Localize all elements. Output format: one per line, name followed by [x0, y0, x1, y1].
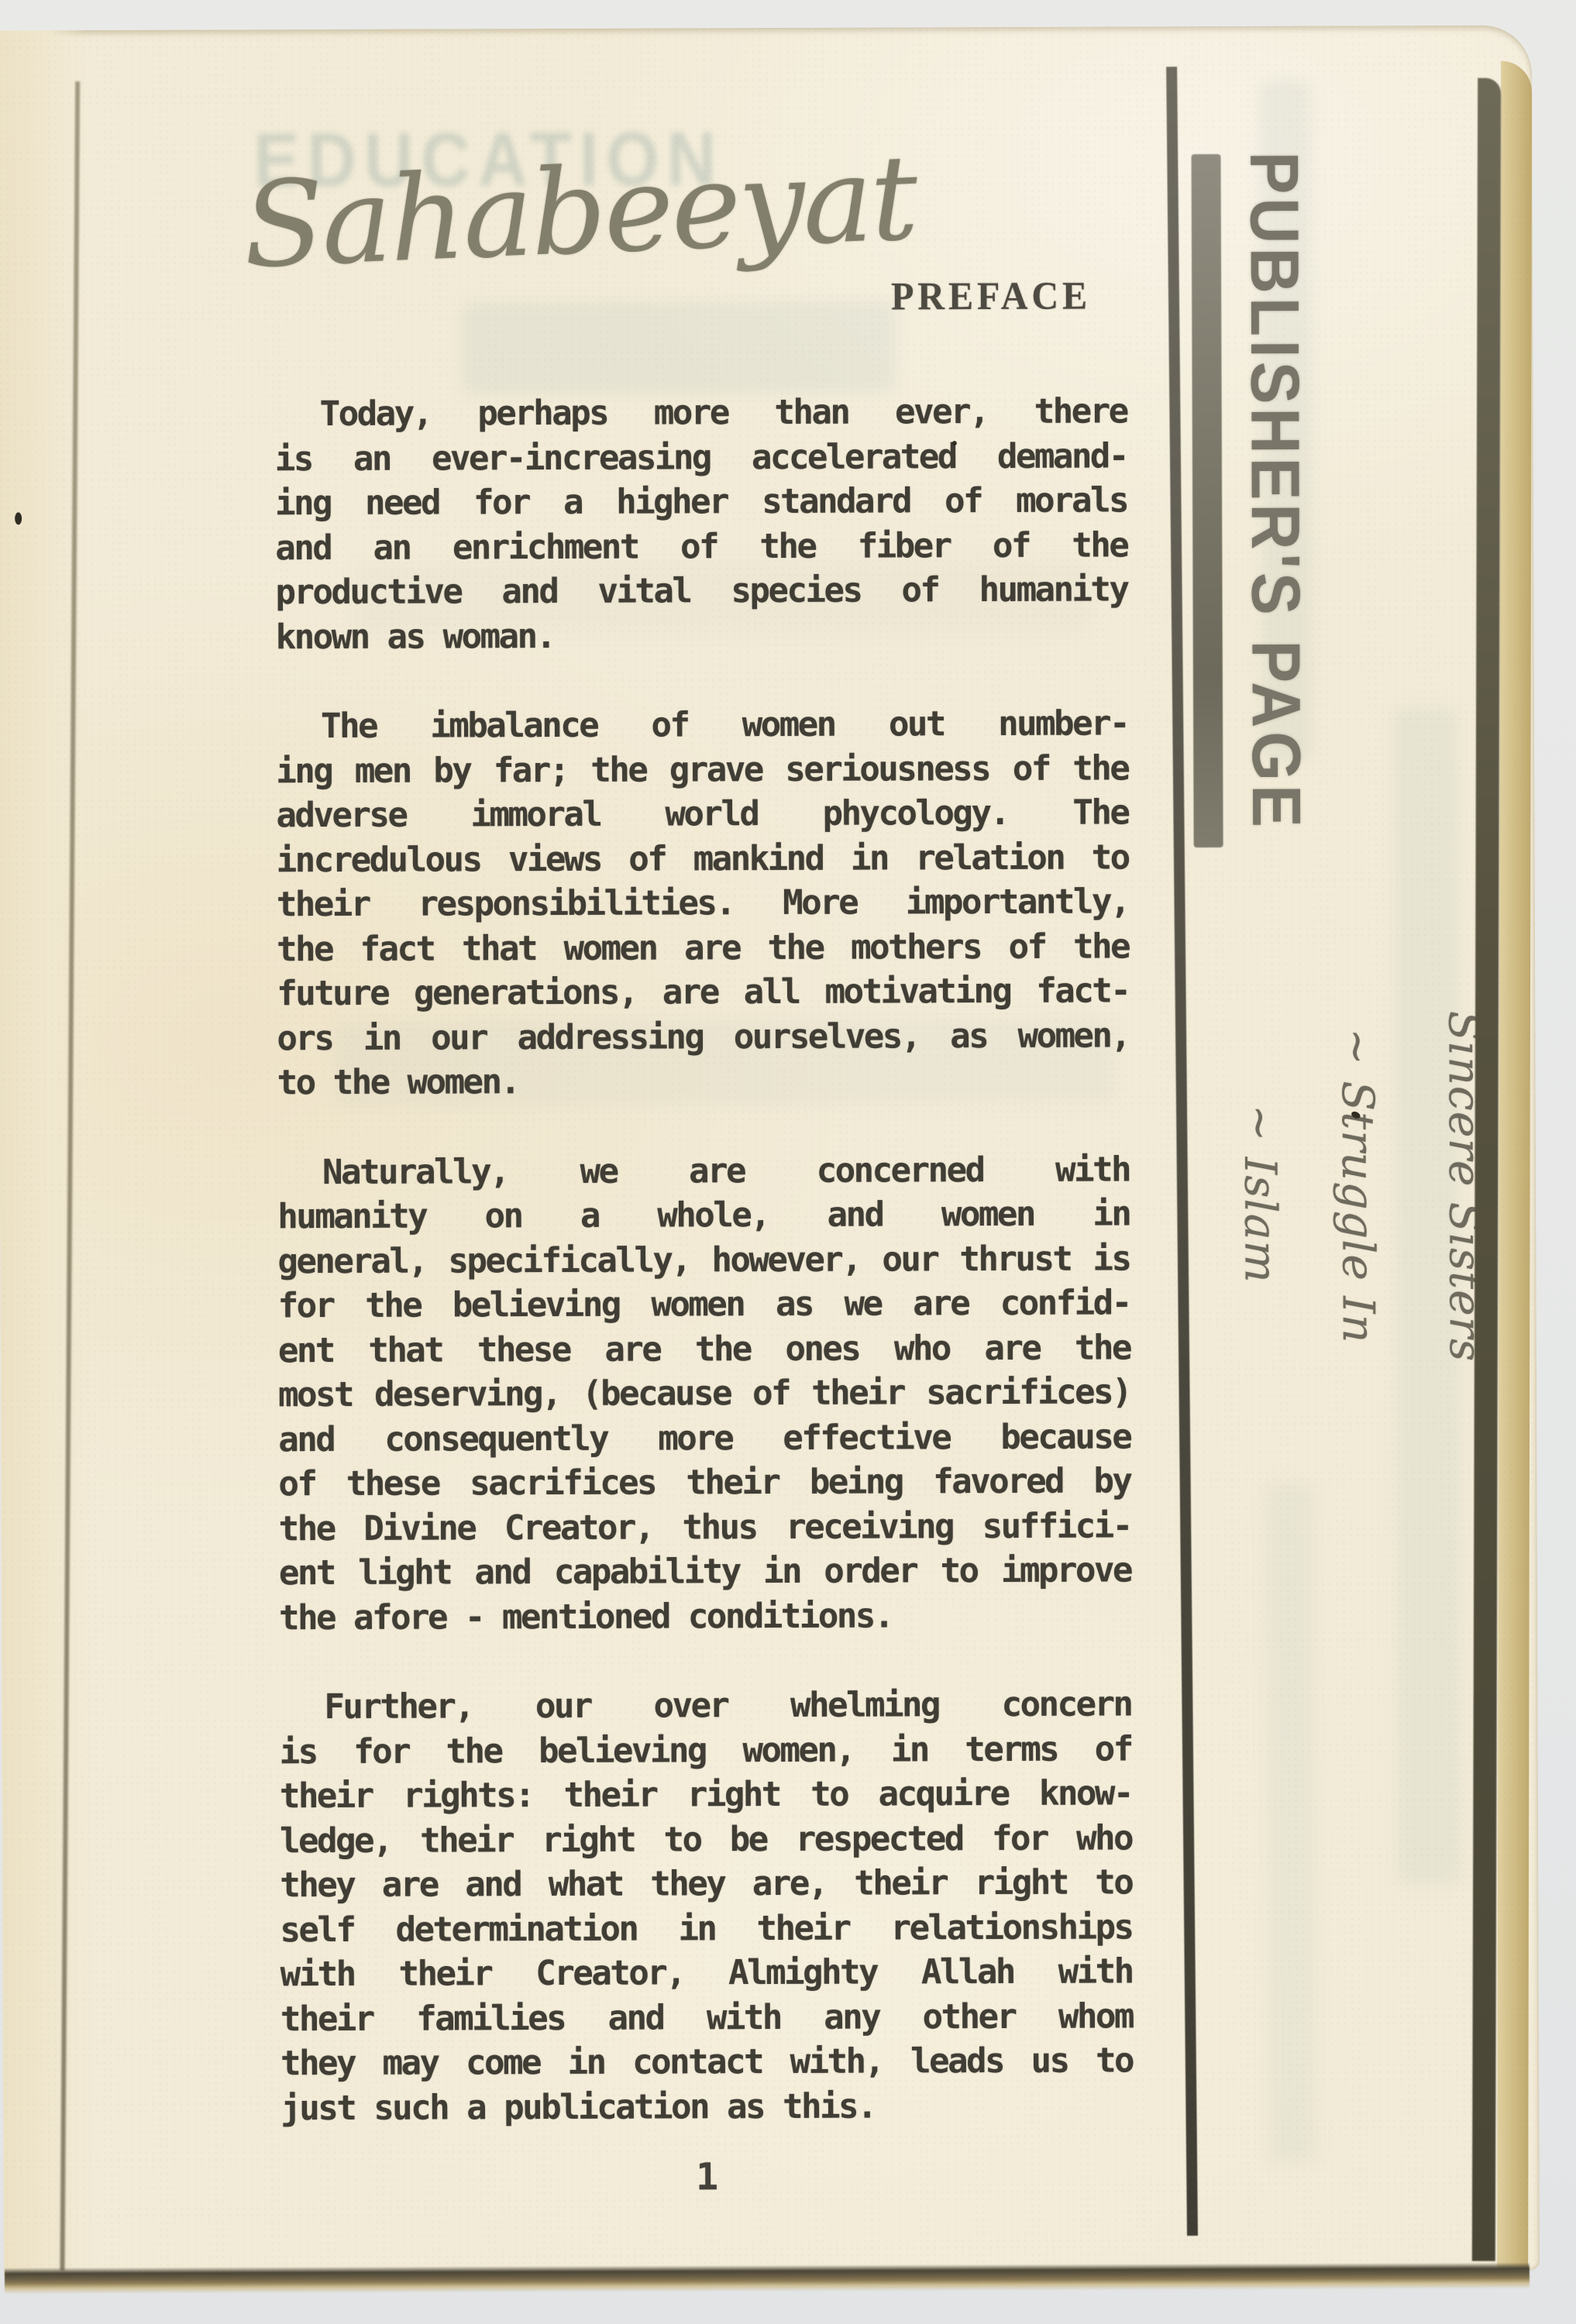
text-line: self determination in their relationship…: [280, 1905, 1132, 1952]
vertical-script-line-2: ~ Struggle In: [1321, 1028, 1393, 1343]
text-line: most deserving, (because of their sacrif…: [278, 1370, 1130, 1417]
dust-speck: [952, 441, 957, 445]
text-line: The imbalance of women out number-: [276, 701, 1128, 748]
text-line: humanity on a whole, and women in: [277, 1191, 1130, 1239]
book-bottom-page-stack-edge: [5, 2263, 1530, 2295]
magazine-title: Sahabeeyat: [240, 129, 918, 294]
text-line: ors in our addressing ourselves, as wome…: [277, 1013, 1129, 1061]
page-edge-tan-strip: [1497, 61, 1532, 2271]
paragraph: Further, our over whelming concernis for…: [279, 1682, 1133, 2130]
text-line: productive and vital species of humanity: [275, 567, 1127, 614]
text-line: just such a publication as this.: [280, 2083, 1133, 2130]
text-line: with their Creator, Almighty Allah with: [280, 1949, 1133, 1996]
text-line: adverse immoral world phycology. The: [276, 790, 1128, 837]
text-line: ing need for a higher standard of morals: [275, 478, 1127, 525]
paragraph: Today, perhaps more than ever, thereis a…: [275, 389, 1128, 659]
text-line: the fact that women are the mothers of t…: [277, 924, 1129, 971]
text-line: is for the believing women, in terms of: [280, 1727, 1132, 1774]
text-line: and consequently more effective because: [278, 1415, 1130, 1462]
text-line: incredulous views of mankind in relation…: [277, 835, 1129, 882]
showthrough-ghost-blob: [1266, 1483, 1316, 2164]
text-line: their responsibilities. More importantly…: [277, 879, 1129, 927]
page-right-edge-band: [1472, 78, 1501, 2261]
page-gutter-shading: [0, 30, 95, 2275]
book-page: EDUCATION Sahabeeyat PREFACE Today, perh…: [0, 26, 1540, 2276]
text-line: to the women.: [277, 1057, 1130, 1105]
heading-accent-bar: [1192, 154, 1223, 847]
text-line: future generations, are all motivating f…: [277, 968, 1129, 1016]
text-line: Further, our over whelming concern: [279, 1682, 1131, 1729]
publishers-page-heading: PUBLISHER'S PAGE: [1230, 152, 1319, 831]
text-line: known as woman.: [276, 612, 1128, 659]
section-heading: PREFACE: [834, 273, 1091, 319]
text-line: of these sacrifices their being favored …: [278, 1459, 1130, 1506]
showthrough-ghost-blob: [462, 300, 896, 394]
vertical-script-line-3: ~ Islam: [1224, 1105, 1296, 1284]
text-line: ent light and capability in order to imp…: [279, 1548, 1131, 1595]
text-line: they are and what they are, their right …: [280, 1860, 1132, 1907]
text-line: the afore - mentioned conditions.: [279, 1593, 1131, 1640]
text-line: ent that these are the ones who are the: [278, 1325, 1130, 1373]
text-line: they may come in contact with, leads us …: [280, 2038, 1133, 2085]
preface-body-text: Today, perhaps more than ever, thereis a…: [275, 389, 1134, 2175]
text-line: is an ever-increasing accelerated demand…: [275, 434, 1127, 481]
paragraph: The imbalance of women out number-ing me…: [276, 701, 1130, 1105]
text-line: Naturally, we are concerned with: [277, 1147, 1130, 1195]
text-line: general, specifically, however, our thru…: [277, 1236, 1130, 1284]
dust-speck: [15, 512, 22, 524]
text-line: their families and with any other whom: [280, 1994, 1133, 2041]
text-line: and an enrichment of the fiber of the: [275, 523, 1127, 570]
text-line: ing men by far; the grave seriousness of…: [276, 746, 1128, 793]
text-line: ledge, their right to be respected for w…: [280, 1816, 1132, 1863]
text-line: the Divine Creator, thus receiving suffi…: [279, 1504, 1131, 1551]
page-number: 1: [281, 2154, 1134, 2200]
text-line: their rights: their right to acquire kno…: [280, 1771, 1132, 1818]
text-line: for the believing women as we are confid…: [278, 1281, 1130, 1328]
text-line: Today, perhaps more than ever, there: [275, 389, 1127, 436]
paragraph: Naturally, we are concerned withhumanity…: [277, 1147, 1131, 1640]
